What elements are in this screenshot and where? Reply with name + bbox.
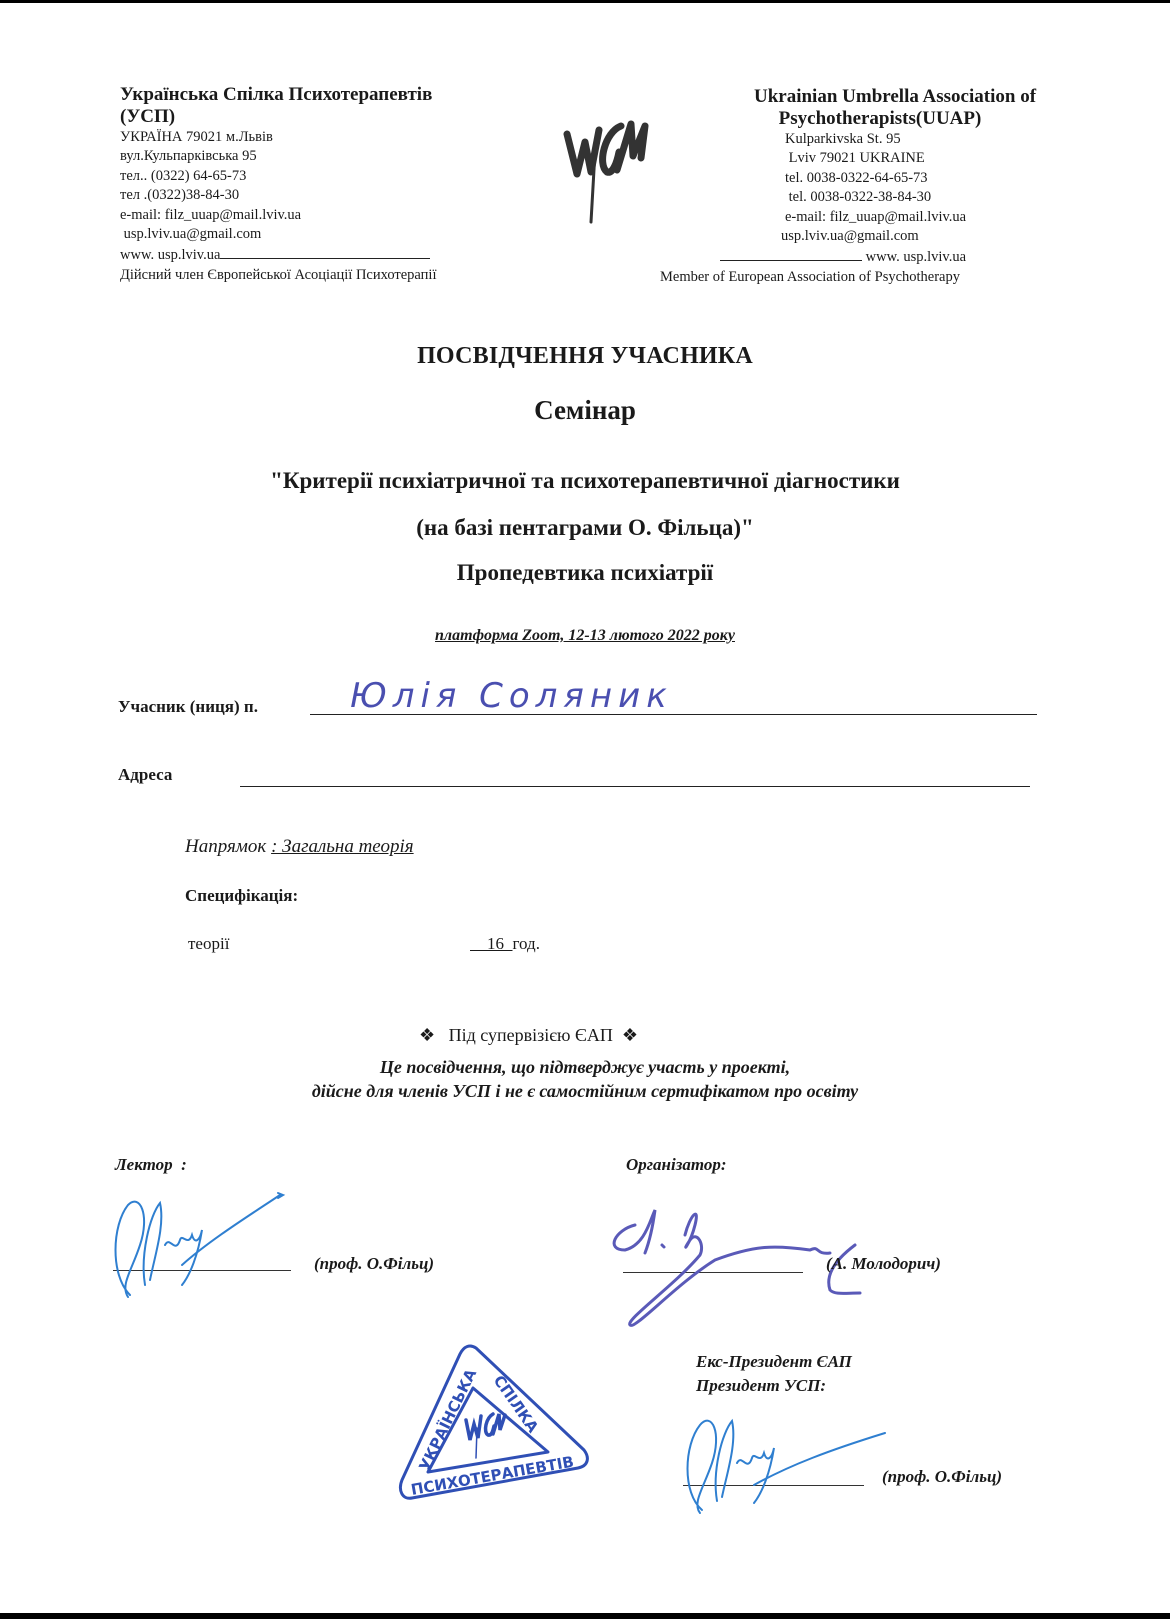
event-subtitle: Пропедевтика психіатрії xyxy=(0,560,1170,586)
specification-label: Специфікація: xyxy=(185,886,298,906)
organizer-label: Організатор: xyxy=(626,1155,727,1175)
membership-line: Member of European Association of Psycho… xyxy=(641,268,1060,287)
email-line: usp.lviv.ua@gmail.com xyxy=(781,227,1060,246)
president-role-2: Президент УСП: xyxy=(696,1376,826,1396)
uap-logo-icon xyxy=(555,112,655,227)
stamp-logo-icon xyxy=(466,1414,505,1458)
phone-line: тел .(0322)38-84-30 xyxy=(120,186,520,205)
lecturer-label: Лектор : xyxy=(115,1155,187,1175)
address-line: УКРАЇНА 79021 м.Львів xyxy=(120,128,520,147)
address-label: Адреса xyxy=(118,765,172,785)
org-name-ua: Українська Спілка Психотерапевтів xyxy=(120,84,520,106)
disclaimer-line-1: Це посвідчення, що підтверджує участь у … xyxy=(0,1057,1170,1078)
participant-name-handwritten: Юлія Соляник xyxy=(350,676,673,716)
supervision-line: ❖ Під супервізією ЄАП ❖ xyxy=(410,1004,638,1046)
direction-row: Напрямок : Загальна теорія xyxy=(185,836,414,858)
topic-line-2: (на базі пентаграми О. Фільца)" xyxy=(0,515,1170,541)
disclaimer-line-2: дійсне для членів УСП і не є самостійним… xyxy=(0,1081,1170,1102)
direction-label: Напрямок xyxy=(185,836,266,857)
association-stamp: УКРАЇНСЬКА СПІЛКА ПСИХОТЕРАПЕВТІВ xyxy=(398,1340,598,1515)
lecturer-name: (проф. О.Фільц) xyxy=(314,1254,434,1274)
direction-value: : Загальна теорія xyxy=(271,836,414,857)
hours-unit: год. xyxy=(513,934,540,953)
org-abbr-en: Psychotherapists(UUAP) xyxy=(660,108,1060,130)
email-line: e-mail: filz_uuap@mail.lviv.ua xyxy=(785,208,1060,227)
hours-row: 16 год. xyxy=(470,934,540,954)
phone-line: tel. 0038-0322-64-65-73 xyxy=(785,169,1060,188)
phone-line: тел.. (0322) 64-65-73 xyxy=(120,167,520,186)
diamond-ornament-icon: ❖ xyxy=(419,1025,435,1045)
topic-line-1: "Критерії психіатричної та психотерапевт… xyxy=(0,468,1170,494)
president-role-1: Екс-Президент ЄАП xyxy=(696,1352,852,1372)
website-line: www. usp.lviv.ua xyxy=(862,249,966,265)
address-line: Lviv 79021 UKRAINE xyxy=(785,149,1060,168)
email-line: usp.lviv.ua@gmail.com xyxy=(120,225,520,244)
lecturer-signature-icon xyxy=(110,1185,310,1305)
header-left: Українська Спілка Психотерапевтів (УСП) … xyxy=(120,84,520,285)
address-line: Kulparkivska St. 95 xyxy=(785,130,1060,149)
diamond-ornament-icon: ❖ xyxy=(622,1025,638,1045)
venue-date: платформа Zoom, 12-13 лютого 2022 року xyxy=(0,627,1170,645)
email-line: e-mail: filz_uuap@mail.lviv.ua xyxy=(120,206,520,225)
address-field-line xyxy=(240,786,1030,787)
participant-label: Учасник (ниця) п. xyxy=(118,697,258,717)
certificate-title: ПОСВІДЧЕННЯ УЧАСНИКА xyxy=(0,343,1170,370)
theory-label: теорії xyxy=(188,934,229,954)
org-name-en: Ukrainian Umbrella Association of xyxy=(660,86,1060,108)
header-right: Ukrainian Umbrella Association of Psycho… xyxy=(660,86,1060,287)
website-line: www. usp.lviv.ua xyxy=(120,247,220,263)
president-name: (проф. О.Фільц) xyxy=(882,1467,1002,1487)
supervision-text: Під супервізією ЄАП xyxy=(449,1025,613,1045)
address-line: вул.Кульпарківська 95 xyxy=(120,147,520,166)
phone-line: tel. 0038-0322-38-84-30 xyxy=(785,188,1060,207)
header-rule xyxy=(220,244,430,259)
event-type: Семінар xyxy=(0,395,1170,426)
membership-line: Дійсний член Європейської Асоціації Псих… xyxy=(120,266,520,285)
hours-value-underline: 16 xyxy=(470,934,513,953)
hours-value: 16 xyxy=(487,934,504,953)
president-signature-icon xyxy=(680,1405,890,1520)
scan-border-top xyxy=(0,0,1170,3)
organizer-name: (А. Молодорич) xyxy=(826,1254,941,1274)
header-rule xyxy=(720,246,862,261)
scan-border-bottom xyxy=(0,1613,1170,1619)
org-abbr-ua: (УСП) xyxy=(120,106,520,128)
